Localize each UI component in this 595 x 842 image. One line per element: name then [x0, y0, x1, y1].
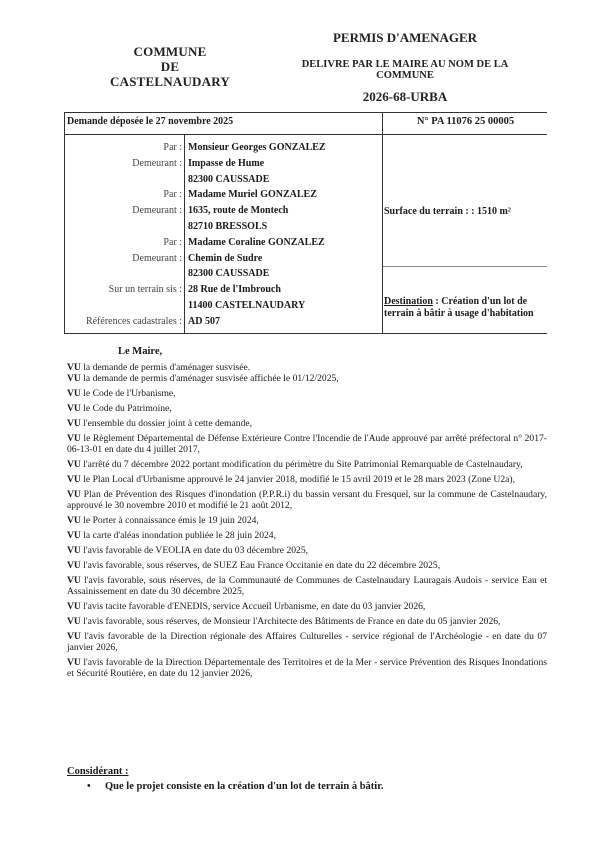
vu-item: VU le Code de l'Urbanisme, [67, 388, 547, 399]
vu-text: la carte d'aléas inondation publiée le 2… [81, 530, 276, 541]
row-label: Références cadastrales : [64, 314, 182, 329]
vu-text: l'avis favorable, sous réserves, de SUEZ… [81, 560, 440, 571]
filed-date: Demande déposée le 27 novembre 2025 [67, 116, 233, 127]
vu-item: VU l'arrêté du 7 décembre 2022 portant m… [67, 459, 547, 470]
vu-item: VU le Porter à connaissance émis le 19 j… [67, 515, 547, 526]
vu-item: VU l'avis tacite favorable d'ENEDIS, ser… [67, 601, 547, 612]
row-label: Par : [64, 235, 182, 250]
vu-keyword: VU [67, 388, 81, 399]
table-row: Par :Madame Coraline GONZALEZ [64, 235, 382, 250]
row-value: 11400 CASTELNAUDARY [188, 298, 378, 313]
vu-text: l'avis favorable de la Direction régiona… [67, 631, 547, 653]
vu-keyword: VU [67, 515, 81, 526]
row-value: 82300 CAUSSADE [188, 266, 378, 281]
vu-text: le Code du Patrimoine, [81, 403, 172, 414]
table-row: Par :Madame Muriel GONZALEZ [64, 187, 382, 202]
table-row: Par :Monsieur Georges GONZALEZ [64, 140, 382, 155]
vu-item: VU l'ensemble du dossier joint à cette d… [67, 418, 547, 429]
row-label: Demeurant : [64, 251, 182, 266]
vu-list: VU la demande de permis d'aménager susvi… [67, 362, 547, 683]
table-border [64, 134, 547, 135]
table-row: Sur un terrain sis :28 Rue de l'Imbrouch [64, 282, 382, 297]
bullet-icon: • [87, 781, 105, 792]
row-value: AD 507 [188, 314, 378, 329]
vu-keyword: VU [67, 459, 81, 470]
vu-keyword: VU [67, 403, 81, 414]
vu-keyword: VU [67, 616, 81, 627]
row-value: 82710 BRESSOLS [188, 219, 378, 234]
table-row: Demeurant :Chemin de Sudre [64, 251, 382, 266]
table-row: 82710 BRESSOLS [64, 219, 382, 234]
commune-line: DE [100, 59, 240, 74]
vu-item: VU la demande de permis d'aménager susvi… [67, 373, 547, 384]
commune-line: CASTELNAUDARY [100, 74, 240, 89]
vu-item: VU l'avis favorable, sous réserves, de M… [67, 616, 547, 627]
row-value: Madame Coraline GONZALEZ [188, 235, 378, 250]
vu-item: VU l'avis favorable, sous réserves, de l… [67, 575, 547, 597]
maire-heading: Le Maire, [118, 346, 162, 357]
vu-keyword: VU [67, 362, 81, 373]
vu-keyword: VU [67, 373, 81, 384]
considerant-heading: Considérant : [67, 766, 129, 777]
vu-item: VU le Règlement Départemental de Défense… [67, 433, 547, 455]
vu-keyword: VU [67, 489, 81, 500]
vu-text: l'avis tacite favorable d'ENEDIS, servic… [81, 601, 425, 612]
row-value: 82300 CAUSSADE [188, 172, 378, 187]
vu-keyword: VU [67, 545, 81, 556]
vu-keyword: VU [67, 474, 81, 485]
vu-text: l'avis favorable, sous réserves, de Mons… [81, 616, 501, 627]
row-value: Chemin de Sudre [188, 251, 378, 266]
commune-line: COMMUNE [100, 44, 240, 59]
vu-item: VU l'avis favorable de la Direction régi… [67, 631, 547, 653]
vu-text: le Code de l'Urbanisme, [81, 388, 176, 399]
vu-keyword: VU [67, 601, 81, 612]
destination: Destination : Création d'un lot de terra… [384, 296, 544, 320]
vu-keyword: VU [67, 418, 81, 429]
row-label: Demeurant : [64, 156, 182, 171]
vu-item: VU la carte d'aléas inondation publiée l… [67, 530, 547, 541]
vu-keyword: VU [67, 560, 81, 571]
row-label: Par : [64, 140, 182, 155]
table-row: 82300 CAUSSADE [64, 266, 382, 281]
vu-text: la demande de permis d'aménager susvisée… [81, 362, 250, 373]
table-row: 11400 CASTELNAUDARY [64, 298, 382, 313]
vu-item: VU l'avis favorable, sous réserves, de S… [67, 560, 547, 571]
vu-text: la demande de permis d'aménager susvisée… [81, 373, 339, 384]
vu-keyword: VU [67, 530, 81, 541]
destination-label: Destination [384, 296, 433, 307]
row-value: Impasse de Hume [188, 156, 378, 171]
vu-text: l'ensemble du dossier joint à cette dema… [81, 418, 252, 429]
vu-keyword: VU [67, 575, 81, 586]
vu-text: l'avis favorable de VEOLIA en date du 03… [81, 545, 308, 556]
vu-item: VU le Plan Local d'Urbanisme approuvé le… [67, 474, 547, 485]
table-row: Demeurant :Impasse de Hume [64, 156, 382, 171]
table-row: Demeurant :1635, route de Montech [64, 203, 382, 218]
vu-text: le Porter à connaissance émis le 19 juin… [81, 515, 259, 526]
row-value: 28 Rue de l'Imbrouch [188, 282, 378, 297]
table-border [382, 112, 383, 334]
surface-area: Surface du terrain : : 1510 m² [384, 206, 511, 217]
delivered-by: DELIVRE PAR LE MAIRE AU NOM DE LA COMMUN… [300, 59, 510, 81]
table-border [64, 112, 547, 113]
vu-keyword: VU [67, 433, 81, 444]
row-label: Demeurant : [64, 203, 182, 218]
vu-text: Plan de Prévention des Risques d'inondat… [67, 489, 547, 511]
row-label: Sur un terrain sis : [64, 282, 182, 297]
request-table: Demande déposée le 27 novembre 2025 N° P… [64, 112, 547, 334]
row-value: 1635, route de Montech [188, 203, 378, 218]
considerant-text: Que le projet consiste en la création d'… [105, 781, 384, 792]
vu-text: l'arrêté du 7 décembre 2022 portant modi… [81, 459, 523, 470]
row-value: Madame Muriel GONZALEZ [188, 187, 378, 202]
vu-item: VU l'avis favorable de VEOLIA en date du… [67, 545, 547, 556]
permit-title: PERMIS D'AMENAGER [305, 30, 505, 46]
table-border [382, 266, 547, 267]
vu-item: VU la demande de permis d'aménager susvi… [67, 362, 547, 373]
table-row: Références cadastrales :AD 507 [64, 314, 382, 329]
permit-reference: 2026-68-URBA [305, 89, 505, 105]
vu-text: l'avis favorable, sous réserves, de la C… [67, 575, 547, 597]
considerant-item: •Que le projet consiste en la création d… [87, 781, 384, 792]
commune-block: COMMUNE DE CASTELNAUDARY [100, 44, 240, 89]
vu-item: VU le Code du Patrimoine, [67, 403, 547, 414]
permit-number: N° PA 11076 25 00005 [384, 116, 547, 127]
vu-item: VU Plan de Prévention des Risques d'inon… [67, 489, 547, 511]
row-value: Monsieur Georges GONZALEZ [188, 140, 378, 155]
vu-text: le Règlement Départemental de Défense Ex… [67, 433, 547, 455]
vu-text: le Plan Local d'Urbanisme approuvé le 24… [81, 474, 515, 485]
vu-text: l'avis favorable de la Direction Départe… [67, 657, 547, 679]
table-border [64, 333, 547, 334]
vu-keyword: VU [67, 631, 81, 642]
table-row: 82300 CAUSSADE [64, 172, 382, 187]
vu-item: VU l'avis favorable de la Direction Dépa… [67, 657, 547, 679]
row-label: Par : [64, 187, 182, 202]
vu-keyword: VU [67, 657, 81, 668]
